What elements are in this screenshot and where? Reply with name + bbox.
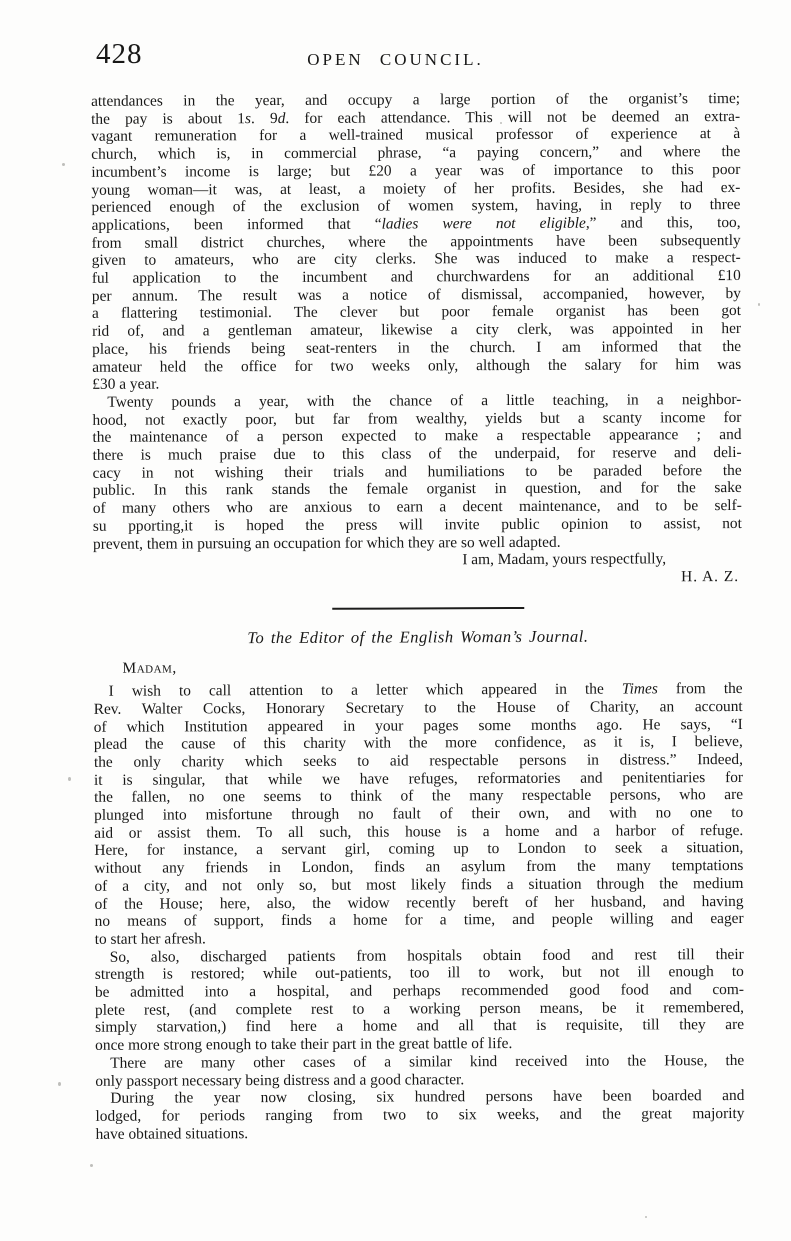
- text-line: simply starvation,) find here a home and…: [95, 1016, 744, 1037]
- signature-initials: H. A. Z.: [93, 568, 742, 589]
- scan-speck: [62, 163, 65, 166]
- text-line: Rev. Walter Cocks, Honorary Secretary to…: [94, 698, 743, 719]
- scan-speck: [500, 122, 502, 124]
- scan-speck: [645, 1216, 647, 1218]
- section-divider: [332, 607, 524, 610]
- paragraph: attendances in the year, and occupy a la…: [91, 90, 741, 394]
- scan-speck: [58, 1082, 61, 1086]
- paragraph: I wish to call attention to a letter whi…: [94, 680, 744, 948]
- text-line: incumbent’s income is large; but £20 a y…: [91, 161, 740, 182]
- text-line: applications, been informed that “ladies…: [92, 214, 741, 235]
- running-head: OPEN COUNCIL.: [0, 50, 791, 70]
- text-line: no means of support, finds a home for a …: [95, 910, 744, 931]
- scanned-page: 428 OPEN COUNCIL. attendances in the yea…: [0, 0, 791, 1241]
- paragraph: During the year now closing, six hundred…: [95, 1087, 744, 1143]
- text-line: There are many other cases of a similar …: [95, 1052, 744, 1073]
- first-letter-body: attendances in the year, and occupy a la…: [91, 90, 742, 553]
- valediction: I am, Madam, yours respectfully,: [93, 550, 742, 571]
- paragraph: Twenty pounds a year, with the chance of…: [92, 391, 742, 553]
- text-line: have obtained situations.: [96, 1123, 745, 1144]
- text-line: the only charity which seeks to aid resp…: [94, 751, 743, 772]
- text-line: place, his friends being seat-renters in…: [92, 338, 741, 359]
- text-line: of a city, and not only so, but most lik…: [94, 875, 743, 896]
- scan-speck: [90, 1164, 93, 1167]
- scan-speck: [758, 303, 760, 306]
- second-letter-body: I wish to call attention to a letter whi…: [94, 680, 745, 1143]
- text-line: Twenty pounds a year, with the chance of…: [92, 391, 741, 412]
- text-line: su pporting,it is hoped the press will i…: [93, 515, 742, 536]
- text-line: amateur held the office for two weeks on…: [92, 356, 741, 377]
- salutation: Madam,: [93, 657, 742, 678]
- letter-heading: To the Editor of the English Woman’s Jou…: [93, 627, 742, 648]
- text-column: attendances in the year, and occupy a la…: [91, 90, 745, 1143]
- scan-speck: [68, 777, 71, 781]
- paragraph: There are many other cases of a similar …: [95, 1052, 744, 1090]
- paragraph: So, also, discharged patients from hospi…: [95, 946, 744, 1055]
- text-line: lodged, for periods ranging from two to …: [95, 1105, 744, 1126]
